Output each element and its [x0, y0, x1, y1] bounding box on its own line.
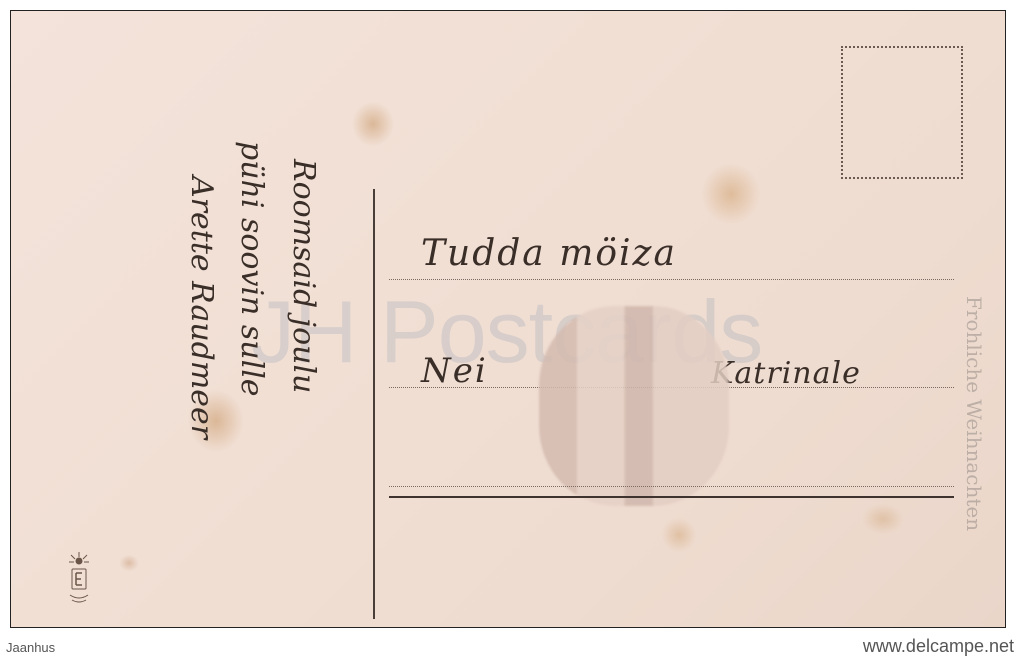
stamp-placeholder-icon — [841, 46, 963, 179]
address-line-1: Tudda möiza — [421, 233, 677, 274]
publisher-logo-icon — [66, 551, 92, 607]
side-print-text: Frohliche Weihnachten — [962, 296, 986, 531]
postcard-back: JH Postcards Roomsaid joulu pühi soovin … — [10, 10, 1006, 628]
address-line-2-start: Nei — [421, 351, 488, 391]
footer-site-link[interactable]: www.delcampe.net — [863, 636, 1014, 657]
address-line-2-end: Katrinale — [711, 356, 861, 391]
redacted-region — [539, 306, 729, 506]
footer-seller: Jaanhus — [6, 640, 55, 655]
handwritten-greeting-line-1: Roomsaid joulu — [286, 159, 321, 393]
address-rule-3 — [389, 486, 954, 487]
handwritten-greeting-line-3: Arette Raudmeer — [184, 176, 219, 439]
address-rule-solid — [389, 496, 954, 498]
address-rule-1 — [389, 279, 954, 280]
handwritten-greeting-line-2: pühi soovin sulle — [234, 141, 269, 397]
center-divider — [373, 189, 375, 619]
